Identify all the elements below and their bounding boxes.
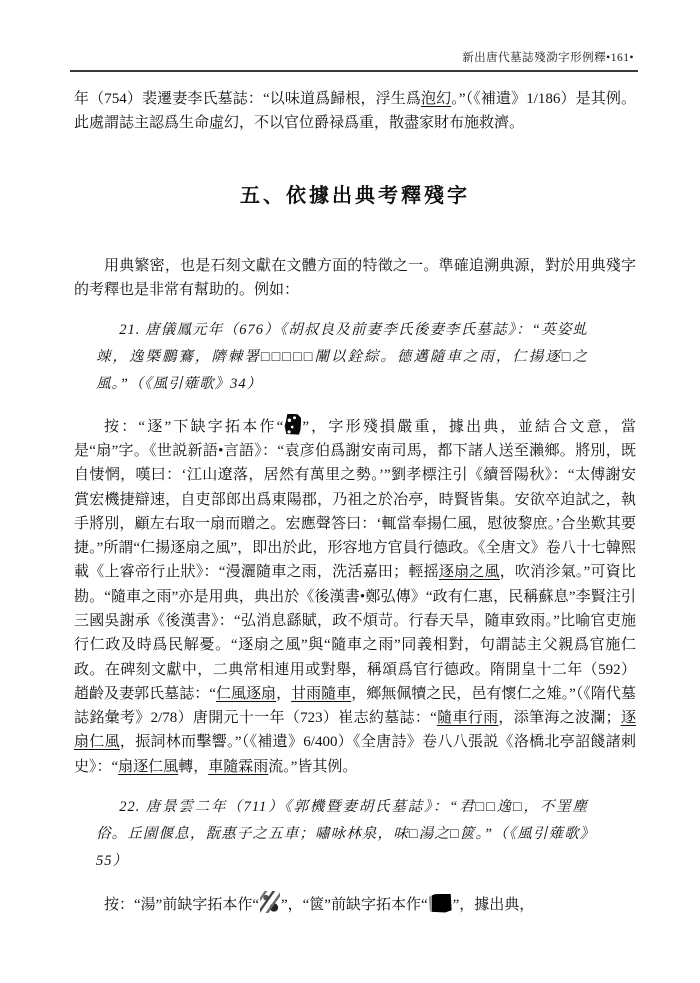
text-run: ”，“篋”前缺字拓本作“ [281, 897, 428, 913]
paragraph-continuation: 年（754）裴遷妻李氏墓誌：“以味道爲歸根，浮生爲泡幻。”（《補遺》1/186）… [74, 87, 636, 136]
section-title: 五、依據出典考釋殘字 [74, 184, 636, 208]
text-run: ， [276, 686, 291, 702]
example-21-quote: 21. 唐儀鳳元年（676）《胡叔良及前妻李氏後妻李氏墓誌》：“英姿虬竦，逸槩鵬… [96, 317, 588, 397]
example-22-quote: 22. 唐景雲二年（711）《郭機暨妻胡氏墓誌》：“君□□逸□，不罣塵俗。丘園偃… [96, 794, 588, 874]
underlined-term: 泡幻 [421, 91, 451, 107]
text-run: 年（754）裴遷妻李氏墓誌：“以味道爲歸根，浮生爲 [74, 91, 421, 107]
text-run: 21. 唐儀鳳元年（676）《胡叔良及前妻李氏後妻李氏墓誌》：“英姿虬竦，逸槩鵬… [96, 322, 588, 392]
text-run: 22. 唐景雲二年（711）《郭機暨妻胡氏墓誌》：“君□□逸□，不罣塵俗。丘園偃… [96, 799, 588, 869]
text-run: 用典繁密，也是石刻文獻在文體方面的特徵之一。準確追溯典源，對於用典殘字的考釋也是… [74, 258, 636, 298]
text-run: ，吹消沴氣。”可資比勘。“隨車之雨”亦是用典，典出於《後漢書•鄭弘傳》“政有仁惠… [74, 564, 636, 701]
text-run: ”，字形殘損嚴重，據出典，並結合文意，當是“扇”字。《世説新語•言語》：“袁彦伯… [74, 419, 636, 581]
note-22-paragraph: 按：“湯”前缺字拓本作“”，“篋”前缺字拓本作“”，據出典， [74, 891, 636, 917]
text-run: ，添筆海之波瀾； [498, 710, 620, 726]
running-header: 新出唐代墓誌殘泐字形例釋•161• [70, 49, 634, 65]
underlined-term: 逐扇之風 [439, 564, 500, 580]
rubbing-image [260, 891, 280, 913]
text-run: 轉， [178, 759, 208, 775]
header-rule [70, 70, 638, 72]
rubbing-image [429, 894, 452, 913]
rubbing-image [284, 414, 301, 435]
note-21-paragraph: 按：“逐”下缺字拓本作“”，字形殘損嚴重，據出典，並結合文意，當是“扇”字。《世… [74, 414, 636, 779]
document-page: 新出唐代墓誌殘泐字形例釋•161• 年（754）裴遷妻李氏墓誌：“以味道爲歸根，… [0, 0, 700, 983]
page-content: 年（754）裴遷妻李氏墓誌：“以味道爲歸根，浮生爲泡幻。”（《補遺》1/186）… [74, 87, 636, 917]
underlined-term: 仁風逐扇 [216, 686, 276, 702]
underlined-term: 車隨霖雨 [208, 759, 268, 775]
text-run: 按：“逐”下缺字拓本作“ [104, 419, 283, 435]
text-run: ”，據出典， [453, 897, 535, 913]
underlined-term: 扇逐仁風 [118, 759, 178, 775]
text-run: 五、依據出典考釋殘字 [240, 185, 470, 207]
text-run: 按：“湯”前缺字拓本作“ [104, 897, 259, 913]
underlined-term: 甘雨隨車 [291, 686, 351, 702]
text-run: 流。”皆其例。 [268, 759, 357, 775]
section-intro-paragraph: 用典繁密，也是石刻文獻在文體方面的特徵之一。準確追溯典源，對於用典殘字的考釋也是… [74, 254, 636, 303]
underlined-term: 隨車行雨 [437, 710, 499, 726]
